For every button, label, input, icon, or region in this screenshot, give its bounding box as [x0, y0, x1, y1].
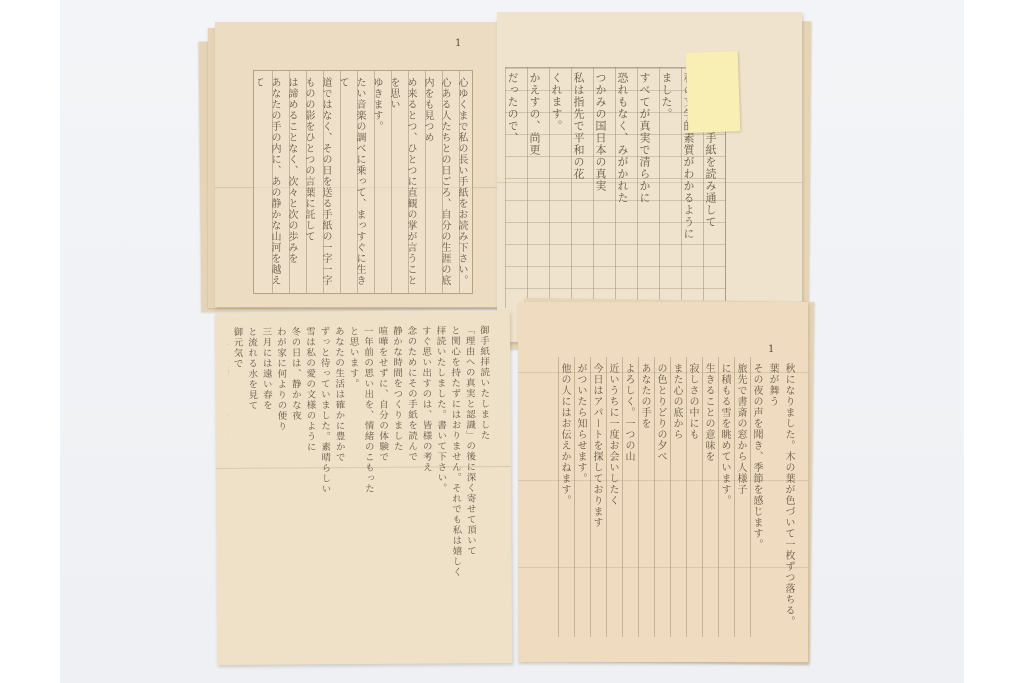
handwritten-text: 心ゆくまで私の長い手紙をお読み下さい。 心ある人たちとの日ごろ、自分の生涯の底内… [258, 77, 470, 287]
page-number: 1 [768, 344, 774, 355]
ruled-frame: 心ゆくまで私の長い手紙をお読み下さい。 心ある人たちとの日ごろ、自分の生涯の底内… [253, 70, 473, 294]
ruled-columns: 秋になりました。木の葉が色づいて一枚ずつ落ちる。 葉が舞う その夜の声を聞き、季… [558, 357, 758, 637]
handwritten-text: 秋になりました。木の葉が色づいて一枚ずつ落ちる。 葉が舞う その夜の声を聞き、季… [560, 363, 796, 638]
manuscript-sheet-top-left: 1 心ゆくまで私の長い手紙をお読み下さい。 心ある人たちとの日ごろ、自分の生涯の… [215, 22, 515, 307]
page-number: 1 [455, 38, 461, 49]
sticky-note [686, 51, 741, 133]
manuscript-sheet-bottom-right: 1 秋になりました。木の葉が色づいて一枚ずつ落ちる。 葉が舞う その夜の声を聞き… [518, 302, 808, 662]
manuscript-sheet-top-right: あなたのお手紙を読み通して 私の文学的素質がわかるように ました。 すべてが真実… [497, 12, 802, 342]
handwritten-text: 御手紙拝読いたしました 「理由への真実と認識」の後に深く寄せて頂いて と関心を持… [228, 325, 492, 652]
manuscript-sheet-bottom-left: 御手紙拝読いたしました 「理由への真実と認識」の後に深く寄せて頂いて と関心を持… [215, 311, 512, 665]
